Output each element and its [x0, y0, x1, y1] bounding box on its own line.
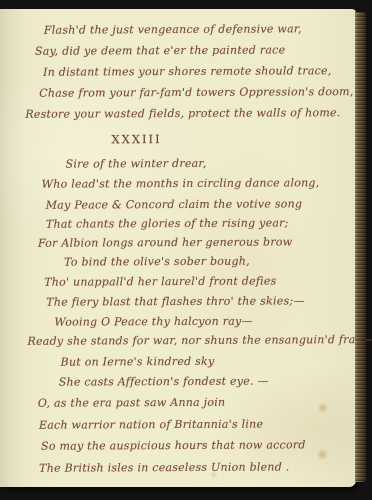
poem: Flash'd the just vengeance of defensive … — [0, 8, 357, 488]
poem-line: Restore your wasted fields, protect the … — [25, 106, 340, 122]
poem-line: To bind the olive's sober bough, — [64, 255, 250, 270]
poem-line: Ready she stands for war, nor shuns the … — [27, 333, 372, 349]
stanza-number: XXXIII — [111, 132, 161, 146]
poem-line: Who lead'st the months in circling dance… — [42, 176, 320, 191]
poem-line: That chants the glories of the rising ye… — [46, 216, 289, 231]
poem-line: She casts Affection's fondest eye. — — [59, 375, 269, 390]
poem-line: Wooing O Peace thy halcyon ray— — [54, 315, 252, 330]
poem-line: Tho' unappall'd her laurel'd front defie… — [44, 274, 276, 289]
photo-background: Flash'd the just vengeance of defensive … — [0, 0, 372, 500]
manuscript-page: Flash'd the just vengeance of defensive … — [0, 9, 356, 487]
poem-line: For Albion longs around her generous bro… — [38, 235, 292, 250]
poem-line: But on Ierne's kindred sky — [61, 355, 215, 370]
poem-line: Chase from your far-fam'd towers Oppress… — [39, 85, 353, 101]
book-fore-edge — [355, 12, 366, 482]
poem-line: Say, did ye deem that e'er the painted r… — [35, 43, 285, 58]
poem-line: O, as the era past saw Anna join — [38, 396, 226, 411]
poem-line: May Peace & Concord claim the votive son… — [46, 197, 303, 212]
poem-line: So may the auspicious hours that now acc… — [41, 438, 306, 453]
poem-line: Each warrior nation of Britannia's line — [39, 418, 263, 433]
poem-line: Flash'd the just vengeance of defensive … — [44, 22, 302, 37]
poem-line: The British isles in ceaseless Union ble… — [39, 460, 289, 475]
poem-line: The fiery blast that flashes thro' the s… — [46, 294, 304, 309]
poem-line: Sire of the winter drear, — [66, 157, 207, 172]
poem-line: In distant times your shores remote shou… — [43, 64, 332, 80]
